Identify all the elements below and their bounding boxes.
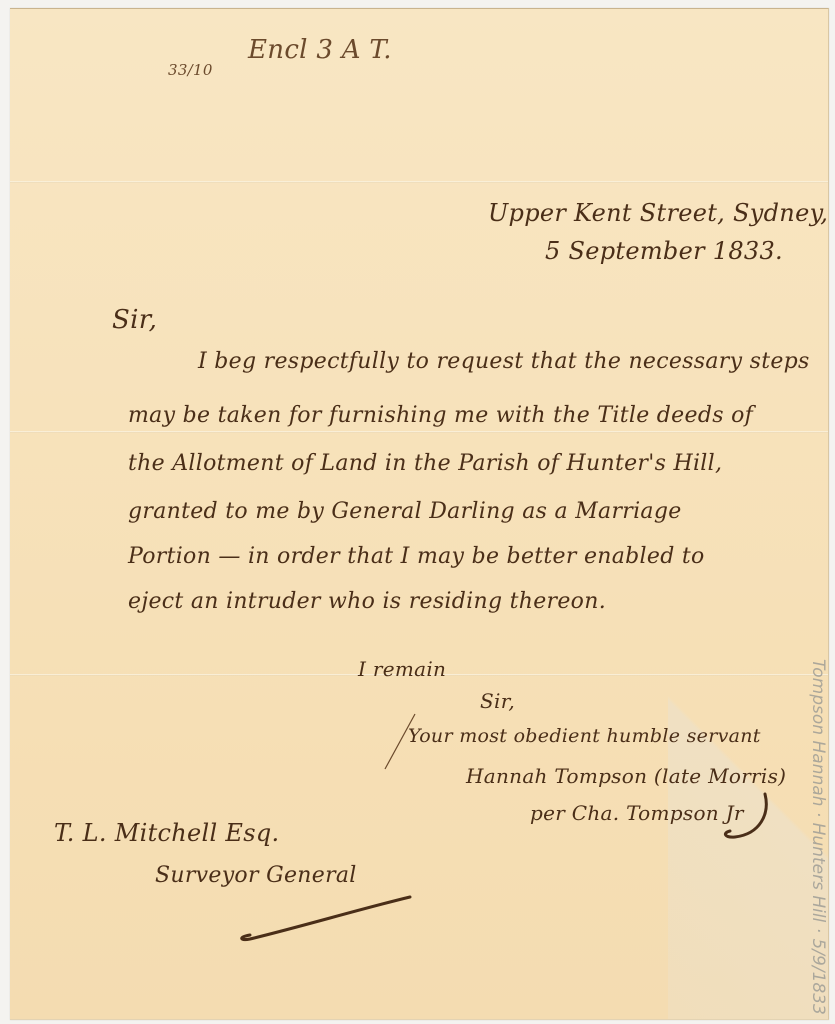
body-line: may be taken for furnishing me with the … — [128, 403, 753, 428]
pencil-margin-note: Tompson Hannah · Hunters Hill · 5/9/1833 — [808, 659, 828, 1015]
body-line: Portion — in order that I may be better … — [128, 544, 705, 569]
closing-servant: Your most obedient humble servant — [408, 725, 761, 747]
letter-date: 5 September 1833. — [545, 237, 783, 265]
signature: Hannah Tompson (late Morris) — [466, 764, 786, 788]
closing-line: I remain — [358, 657, 446, 681]
body-line: the Allotment of Land in the Parish of H… — [128, 451, 722, 476]
letter-paper: 33/10 Encl 3 A T. Upper Kent Street, Syd… — [10, 8, 829, 1020]
body-line: granted to me by General Darling as a Ma… — [128, 499, 682, 524]
addressee-name: T. L. Mitchell Esq. — [54, 819, 279, 847]
reference-annotation: Encl 3 A T. — [248, 35, 392, 65]
flourish-stroke — [380, 709, 420, 779]
flourish-signature — [710, 789, 780, 849]
fold-line — [10, 431, 828, 433]
salutation: Sir, — [112, 305, 157, 335]
flourish-underline — [220, 889, 420, 949]
body-line: I beg respectfully to request that the n… — [198, 349, 810, 374]
closing-sir: Sir, — [480, 689, 515, 713]
body-line: eject an intruder who is residing thereo… — [128, 589, 606, 614]
fold-line — [10, 181, 828, 183]
sender-address: Upper Kent Street, Sydney, — [488, 199, 828, 227]
reference-fraction: 33/10 — [168, 61, 213, 79]
addressee-title: Surveyor General — [155, 863, 357, 888]
